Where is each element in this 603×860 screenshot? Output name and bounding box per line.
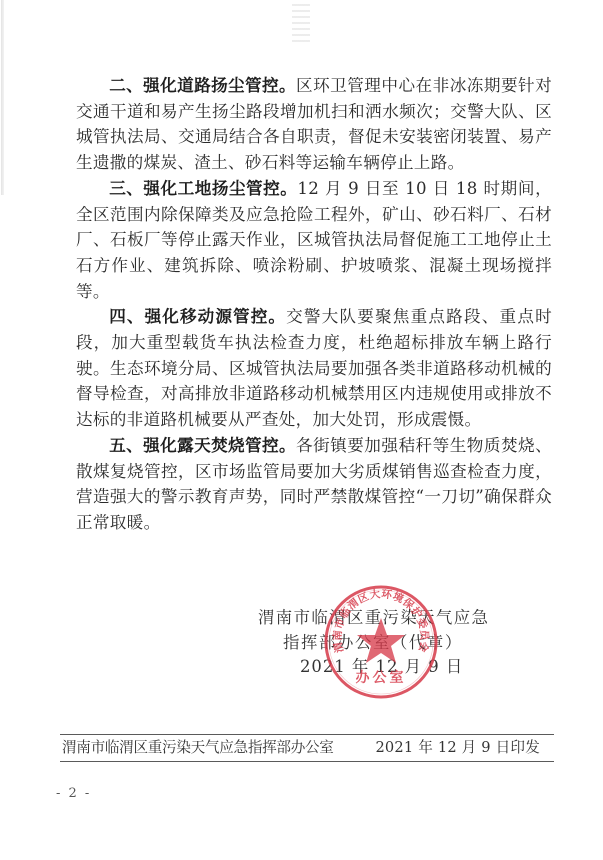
section-heading: 三、强化工地扬尘管控。 — [109, 179, 297, 198]
scan-mark-artifact — [292, 4, 310, 44]
footer-issuer: 渭南市临渭区重污染天气应急指挥部办公室 — [62, 735, 334, 761]
section-heading: 四、强化移动源管控。 — [109, 307, 286, 326]
page-number: - 2 - — [56, 786, 91, 801]
signature-date: 2021 年 12 月 9 日 — [250, 655, 482, 680]
section-open-burning: 五、强化露天焚烧管控。各街镇要加强秸秆等生物质焚烧、散煤复烧管控，区市场监管局要… — [76, 433, 552, 536]
section-heading: 二、强化道路扬尘管控。 — [109, 76, 296, 95]
section-road-dust: 二、强化道路扬尘管控。区环卫管理中心在非冰冻期要针对交通干道和易产生扬尘路段增加… — [76, 73, 552, 176]
section-construction-dust: 三、强化工地扬尘管控。12 月 9 日至 10 日 18 时期间，全区范围内除保… — [76, 176, 552, 305]
signature-block: 渭南市临渭区重污染天气应急 指挥部办公室（代章） 2021 年 12 月 9 日 — [250, 606, 482, 680]
signature-org-line1: 渭南市临渭区重污染天气应急 — [250, 606, 482, 631]
scan-edge-artifact — [1, 0, 4, 195]
document-body: 二、强化道路扬尘管控。区环卫管理中心在非冰冻期要针对交通干道和易产生扬尘路段增加… — [76, 73, 552, 536]
section-mobile-source: 四、强化移动源管控。交警大队要聚焦重点路段、重点时段，加大重型载货车执法检查力度… — [76, 304, 552, 433]
section-heading: 五、强化露天焚烧管控。 — [109, 436, 296, 455]
issuance-footer: 渭南市临渭区重污染天气应急指挥部办公室 2021 年 12 月 9 日印发 — [60, 734, 554, 762]
signature-org-line2: 指挥部办公室（代章） — [250, 631, 482, 656]
footer-issue-date: 2021 年 12 月 9 日印发 — [375, 735, 540, 761]
